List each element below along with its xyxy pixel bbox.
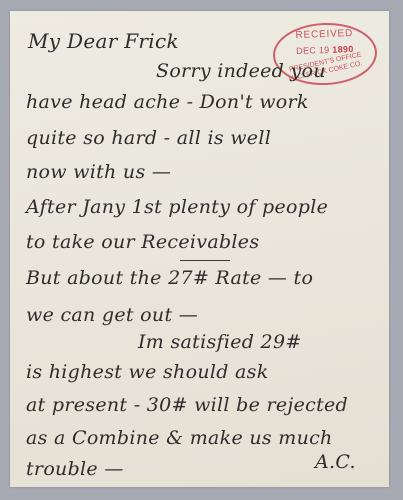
letter-line: is highest we should ask [26,361,269,383]
letter-line: After Jany 1st plenty of people [26,196,328,218]
letter-line: as a Combine & make us much [26,427,333,449]
letter-line: have head ache - Don't work [26,91,309,113]
letter-line: to take our Receivables [26,231,259,253]
stamp-title: RECEIVED [274,27,374,41]
letter-line: trouble — [26,458,124,480]
letter-line: Im satisfied 29# [138,331,302,353]
letter-line: quite so hard - all is well [26,127,271,149]
receivables-underline [180,260,230,261]
stamp-date-day: DEC 19 [296,45,330,56]
letter-signature: A.C. [315,451,356,473]
letter-line: now with us — [26,161,171,183]
letter-line: at present - 30# will be rejected [26,394,348,416]
letter-line: But about the 27# Rate — to [26,267,313,289]
letter-line: Sorry indeed you [156,60,326,82]
letter-line: we can get out — [26,304,198,326]
letter-salutation: My Dear Frick [28,29,179,53]
letter-page: RECEIVED DEC 19 1890 PRESIDENT'S OFFICE … [10,11,389,487]
